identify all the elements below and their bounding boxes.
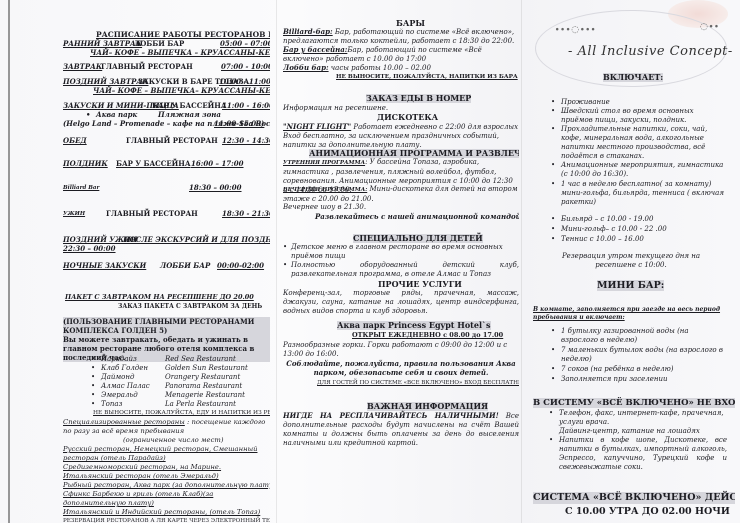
bar-name: Бар у бассейна: xyxy=(283,45,347,54)
meal-place: БАР У БАССЕЙНА xyxy=(152,101,227,110)
special-restaurant: Рыбный ресторан, Аква парк (за дополните… xyxy=(63,481,270,490)
meal-name: ПОЗДНИЙ ЗАВТРАК xyxy=(63,77,148,86)
special-restaurant: Русский ресторан, Немецкий ресторан, Сме… xyxy=(63,445,270,463)
meal-name: НОЧНЫЕ ЗАКУСКИ xyxy=(63,261,146,270)
room-service-text: Информация на ресепшене. xyxy=(283,104,388,113)
meal-time: 22:30 – 00:00 xyxy=(63,244,116,253)
hotel-name: Эмеральд xyxy=(101,391,138,400)
packet-note: ПАКЕТ С ЗАВТРАКОМ НА РЕСЕПШЕНЕ ДО 20.00 xyxy=(65,293,254,302)
bars-note: НЕ ВЫНОСИТЕ, ПОЖАЛУЙСТА, НАПИТКИ ИЗ БАРА xyxy=(336,73,518,82)
includes-item: Проживание xyxy=(561,98,610,107)
meal-time: 12:30 - 14:30 xyxy=(222,136,270,145)
system-hours: С 10.00 УТРА ДО 02.00 НОЧИ xyxy=(565,506,730,518)
minibar-item: 7 маленьких бутылок воды (на взрослого в… xyxy=(561,346,727,364)
fold-line xyxy=(276,0,277,523)
disco-name: "NIGHT FLIGHT" xyxy=(283,122,351,131)
packet-order-note: ЗАКАЗ ПАКЕТА С ЗАВТРАКОМ ЗА ДЕНЬ xyxy=(118,302,262,311)
meal-name: РАННИЙ ЗАВТРАК xyxy=(63,39,142,48)
excluded-item: Напитки в кофе шопе, Дискотеке, все напи… xyxy=(559,436,727,472)
special-title: Специализированные рестораны xyxy=(63,418,185,426)
includes-item: Прохладительные напитки, соки, чай, кофе… xyxy=(561,125,727,161)
meal-note: ЧАЙ– КОФЕ – ВЫПЕЧКА – КРУАССАНЫ-КЕКСЫ xyxy=(90,48,270,57)
meal-time: 11:00-15:00) xyxy=(214,119,264,128)
minibar-title: МИНИ БАР: xyxy=(597,280,664,291)
special-restaurant: Итальянский и Индийский рестораны, (отел… xyxy=(63,508,260,517)
meal-time: 07:00 - 10:00 xyxy=(221,62,270,71)
hotel-name: Парадайз xyxy=(101,355,137,364)
meal-time: 18:30 - 21:30 xyxy=(222,209,270,218)
reservation-note: Резервация утром текущего дня на ресепше… xyxy=(541,252,721,270)
limited-seats-note: (ограниченное число мест) xyxy=(123,436,223,445)
fold-line xyxy=(521,0,522,523)
excluded-title: В СИСТЕМУ «ВСЁ ВКЛЮЧЕНО» НЕ ВХОДЯТ: xyxy=(533,398,735,408)
animation-title: АНИМАЦИОННАЯ ПРОГРАММА И РАЗВЛЕЧЕНИЯ xyxy=(309,149,519,158)
meal-place: БАР У БАССЕЙНА xyxy=(116,159,191,168)
restaurant-name: Panorama Restaurant xyxy=(165,382,242,391)
restaurant-name: Red Sea Restaurant xyxy=(165,355,236,364)
restaurant-name: La Perla Restaurant xyxy=(165,400,236,409)
system-title: СИСТЕМА «ВСЁ ВКЛЮЧЕНО» ДЕЙСТВУЕ xyxy=(533,492,735,504)
bar-description: часы работы 10.00 – 02.00 xyxy=(329,64,431,72)
meal-place: ЛОББИ БАР xyxy=(160,261,210,270)
kids-item-text: Детское меню в главном ресторане во врем… xyxy=(291,243,503,260)
aquapark-text: Разнообразные горки. Горки работают с 09… xyxy=(283,341,519,359)
golden-title: (ПОЛЬЗОВАНИЕ ГЛАВНЫМИ РЕСТОРАНАМИ КОМПЛЕ… xyxy=(63,317,270,335)
meal-place: ГЛАВНЫЙ РЕСТОРАН xyxy=(106,209,198,218)
aquapark-hours: ОТКРЫТ ЕЖЕДНЕВНО с 08.00 до 17.00 xyxy=(352,331,503,340)
restaurant-name: Orangery Restaurant xyxy=(165,373,240,382)
minibar-item: 1 бутылку газированной воды (на взрослог… xyxy=(561,327,727,345)
schedule-title: РАСПИСАНИЕ РАБОТЫ РЕСТОРАНОВ И БАРОВ xyxy=(96,30,270,39)
meal-name: Billiard Bar xyxy=(63,184,99,193)
meal-name: ОБЕД xyxy=(63,136,87,145)
meal-name: ПОЛДНИК xyxy=(63,159,108,168)
kids-item: •Полностью оборудованный детский клуб, р… xyxy=(291,261,519,279)
excluded-item: Телефон, факс, интернет-кафе, прачечная,… xyxy=(559,409,727,427)
room-service-title: ЗАКАЗ ЕДЫ В НОМЕР xyxy=(366,94,471,103)
disco-title: ДИСКОТЕКА xyxy=(377,113,438,122)
important-warning: НИГДЕ НА РЕСПЛАЧИВАЙТЕСЬ НАЛИЧНЫМИ! xyxy=(283,411,499,420)
other-services-text: Конференц-зал, торговые ряды, прачечная,… xyxy=(283,289,519,316)
special-restaurant: Средиземноморский ресторан, на Марине. xyxy=(63,463,221,472)
kids-title: СПЕЦИАЛЬНО ДЛЯ ДЕТЕЙ xyxy=(353,234,483,243)
morning-label: УТРЕННЯЯ ПРОГРАММА xyxy=(283,160,365,166)
restaurant-name: Golden Sun Restaurant xyxy=(165,364,248,373)
hotel-name: Топаз xyxy=(101,400,122,409)
meal-time: 10:00 - 11:00 xyxy=(219,77,270,86)
services-panel: БАРЫ Billiard-бар: Бар, работающий по си… xyxy=(283,0,519,523)
excluded-item: Дайвинг-центр, катание на лошадях xyxy=(559,427,700,436)
kids-item-text: Полностью оборудованный детский клуб, ра… xyxy=(291,261,519,278)
hotel-name: Даймонд xyxy=(101,373,134,382)
special-restaurant: Сфинкс Барбекю и гриль (отель Клаб)(за д… xyxy=(63,490,270,508)
meal-note: ЧАЙ– КОФЕ – ВЫПЕЧКА– КРУАССАНЫ-КЕКСЫ xyxy=(93,86,270,95)
minibar-intro: В комнате, заполняется при заезде на вес… xyxy=(533,306,723,322)
includes-title: ВКЛЮЧАЕТ: xyxy=(603,73,663,82)
animation-slogan: Развлекайтесь с нашей анимационной коман… xyxy=(315,212,519,221)
kids-item: •Детское меню в главном ресторане во вре… xyxy=(291,243,519,261)
aquapark-rules: Соблюдайте, пожалуйста, правила пользова… xyxy=(283,359,519,377)
reservation-note: РЕЗЕРВАЦИЯ РЕСТОРАНОВ А ЛЯ КАРТЕ ЧЕРЕЗ Э… xyxy=(63,517,270,523)
meal-place: ГЛАВНЫЙ РЕСТОРАН xyxy=(126,136,218,145)
aquapark-title: Аква парк Princess Egypt Hotel`s xyxy=(337,321,491,330)
no-takeaway-note: НЕ ВЫНОСИТЕ, ПОЖАЛУЙСТА, ЕДУ И НАПИТКИ И… xyxy=(93,409,270,418)
bar-name: Billiard-бар: xyxy=(283,27,333,36)
scanned-leaflet: РАСПИСАНИЕ РАБОТЫ РЕСТОРАНОВ И БАРОВ РАН… xyxy=(0,0,740,523)
meal-place: ЛОББИ БАР xyxy=(134,39,184,48)
evening-show: Вечернее шоу в 21.30. xyxy=(283,203,366,212)
hotel-name: Клаб Голден xyxy=(101,364,148,373)
aquapark-free-entry: ДЛЯ ГОСТЕЙ ПО СИСТЕМЕ «ВСЕ ВКЛЮЧЕНО» ВХО… xyxy=(317,379,519,388)
meal-time: 18:30 – 00:00 xyxy=(189,183,242,192)
meal-name: ЗАВТРАК xyxy=(63,62,102,71)
meal-time: 11:00 - 16:00 xyxy=(222,101,270,110)
includes-item: 1 час в неделю бесплатно( за комнату) ми… xyxy=(561,180,727,207)
evening-label: ВЕЧЕРНЯЯ ПРОГРАММА: xyxy=(283,187,367,193)
meal-note: Пляжная зона xyxy=(158,110,221,119)
meal-time: 16:00 – 17:00 xyxy=(191,159,244,168)
restaurant-schedule-panel: РАСПИСАНИЕ РАБОТЫ РЕСТОРАНОВ И БАРОВ РАН… xyxy=(8,0,270,523)
meal-place: ПОСЛЕ ЭКСКУРСИЙ И ДЛЯ ПОЗДНЕГО ЗАЕЗДА xyxy=(123,235,270,244)
includes-item: Теннис с 10.00 – 16.00 xyxy=(561,235,644,244)
meal-time: 00:00-02:00 xyxy=(217,261,264,270)
minibar-item: Заполняется при заселении xyxy=(561,375,668,384)
minibar-item: 7 соков (на ребёнка в неделю) xyxy=(561,365,673,374)
important-title: ВАЖНАЯ ИНФОРМАЦИЯ xyxy=(367,402,488,411)
includes-item: Анимационные мероприятия, гимнастика (с … xyxy=(561,161,727,179)
meal-time: 05:00 – 07:00 xyxy=(220,39,270,48)
other-services-title: ПРОЧИЕ УСЛУГИ xyxy=(378,280,462,289)
includes-item: Шведский стол во время основных приёмов … xyxy=(561,107,727,125)
bar-name: Лобби бар: xyxy=(283,63,329,72)
meal-name: УЖИН xyxy=(63,210,85,219)
meal-place: ГЛАВНЫЙ РЕСТОРАН xyxy=(101,62,193,71)
meal-note: Аква парк xyxy=(96,110,137,119)
includes-item: Бильярд – с 10.00 - 19.00 xyxy=(561,215,653,224)
special-restaurant: Итальянский ресторан (отель Эмеральд) xyxy=(63,472,219,481)
hotel-name: Алмас Палас xyxy=(101,382,150,391)
includes-item: Мини-гольф– с 10.00 - 22 .00 xyxy=(561,225,667,234)
all-inclusive-panel: ВКЛЮЧАЕТ: Проживание Шведский стол во вр… xyxy=(523,0,735,523)
restaurant-name: Menagerie Restaurant xyxy=(165,391,245,400)
